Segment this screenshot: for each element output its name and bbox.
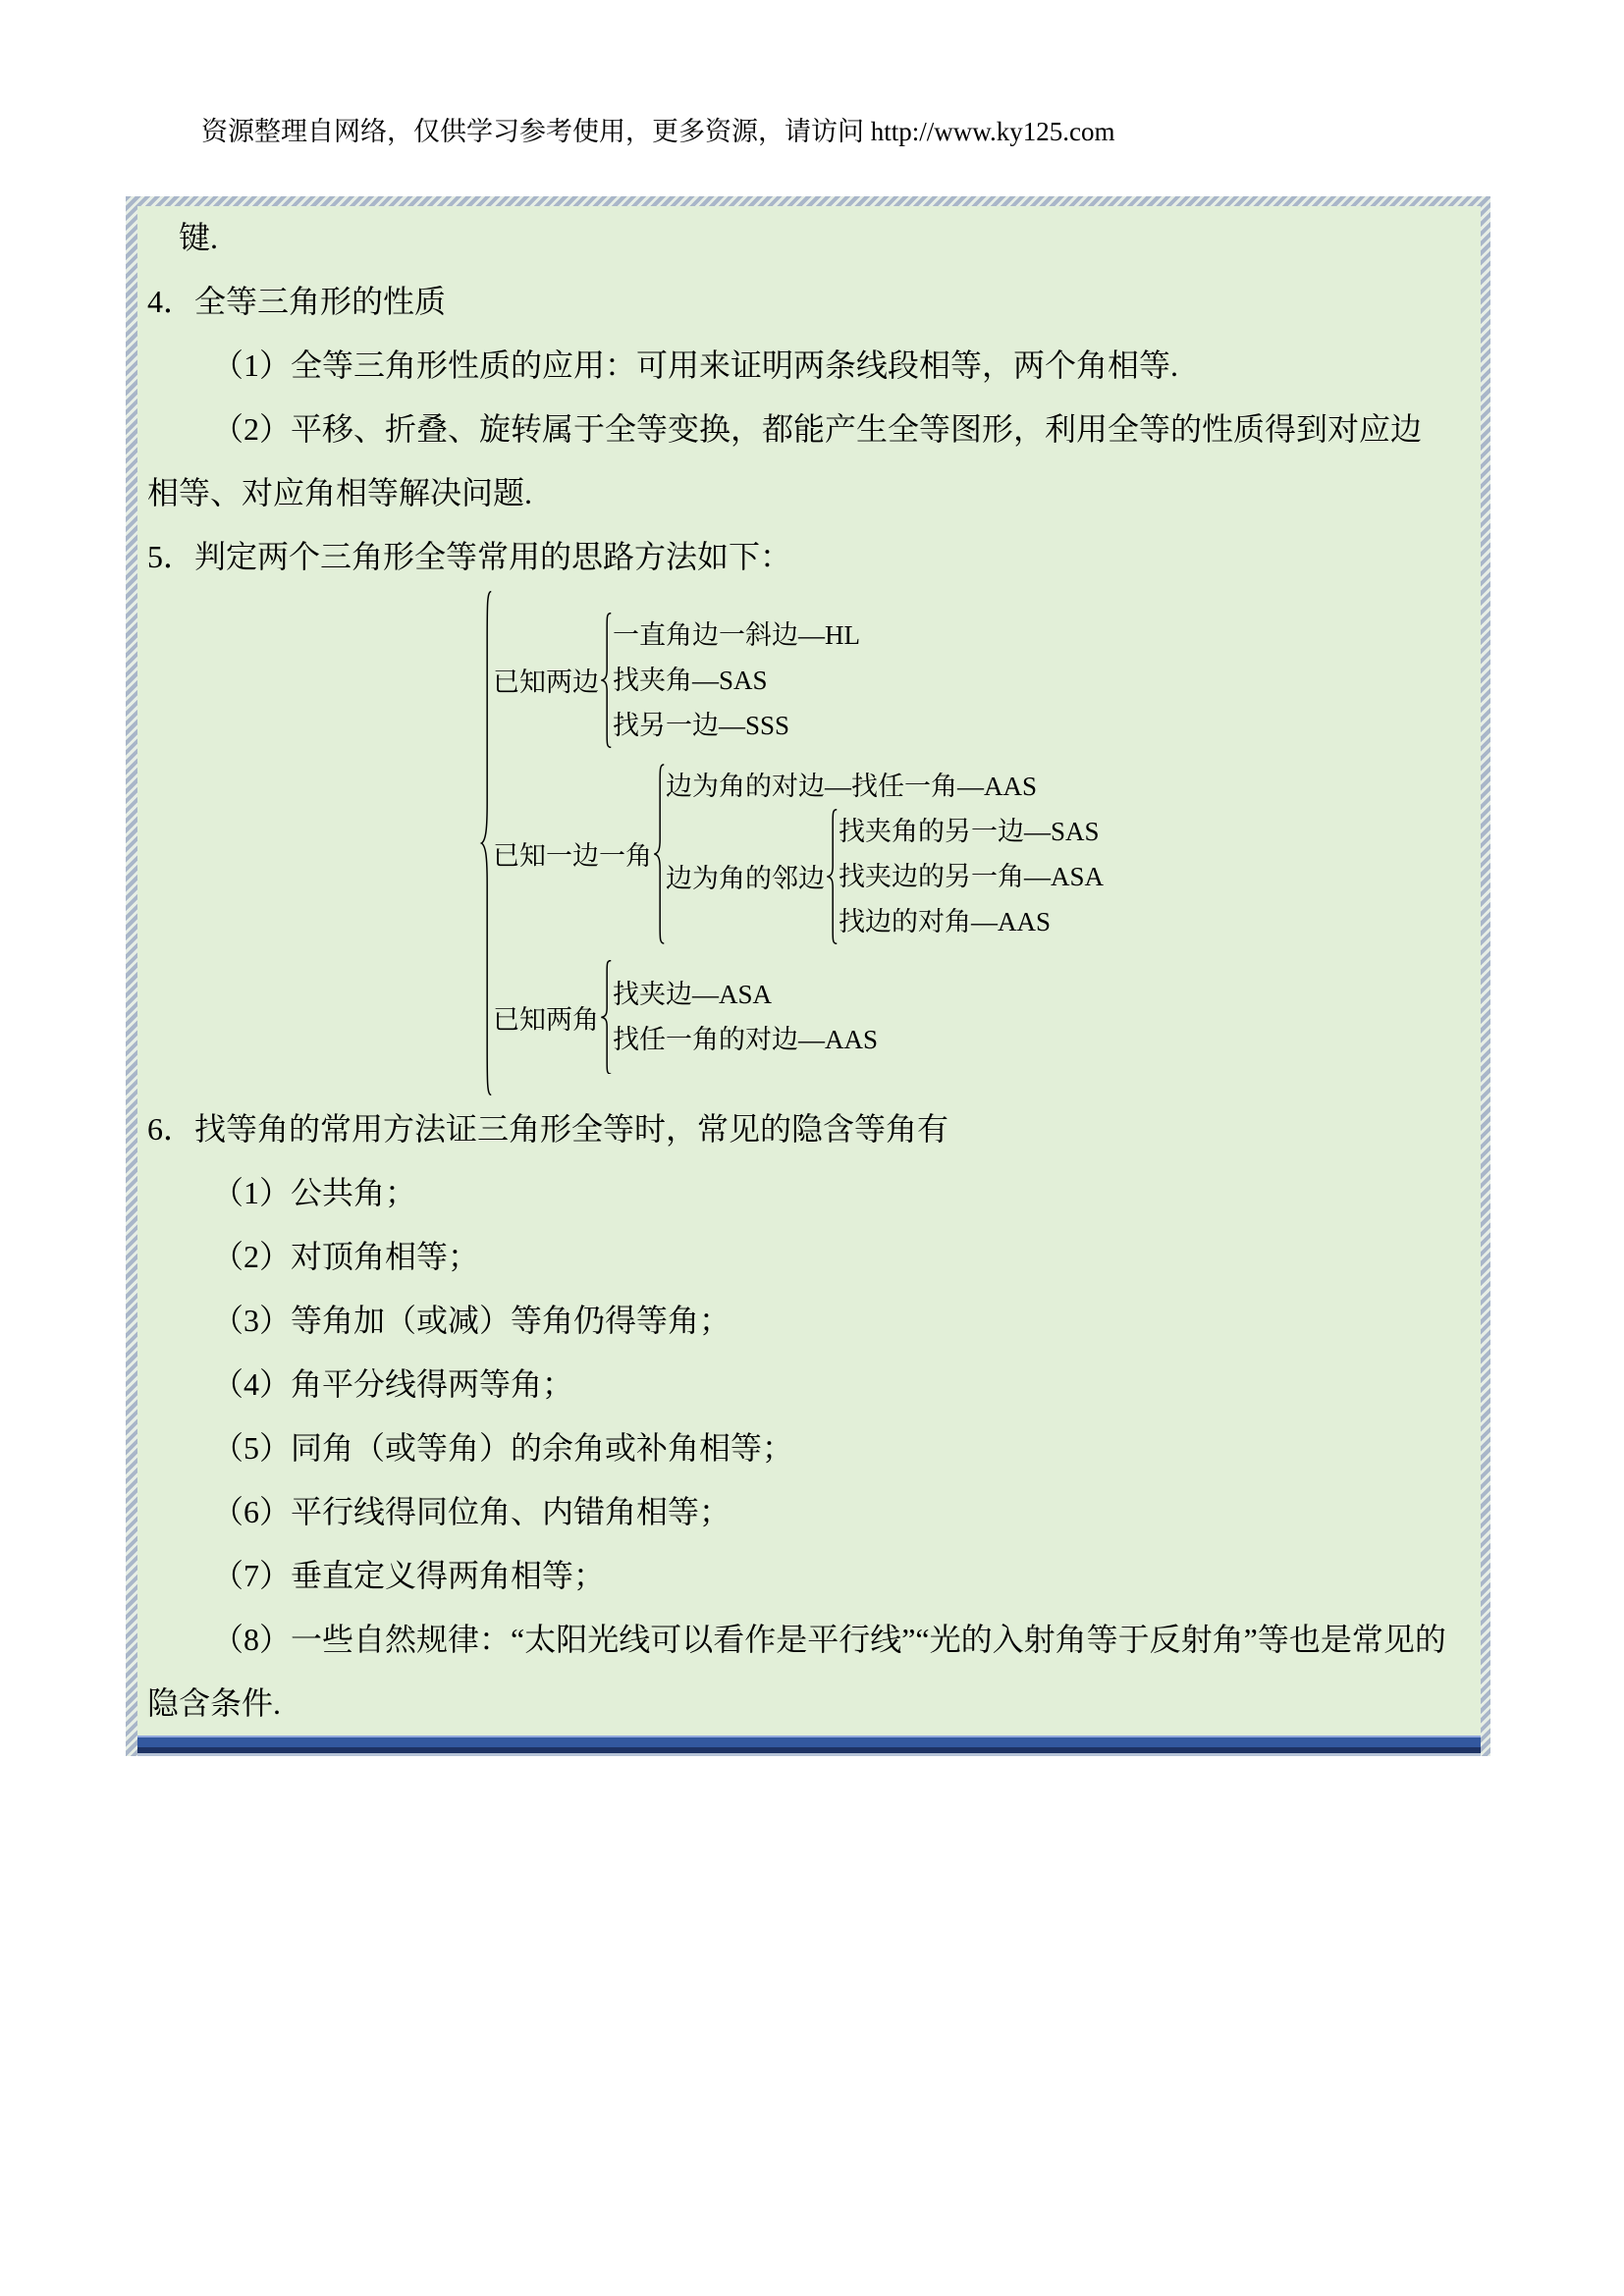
method-brace-diagram: 已知两边 一直角边一斜边—HL 找夹角—SAS 找另一边—SSS 已知一边一角	[479, 589, 1481, 1097]
section-6-title: 6．找等角的常用方法证三角形全等时，常见的隐含等角有	[137, 1097, 1481, 1161]
subgroup-label: 边为角的邻边	[666, 857, 825, 895]
diagram-item: 找夹角—SAS	[613, 658, 860, 703]
diagram-item: 找夹边的另一角—ASA	[839, 854, 1104, 899]
group-two-angles: 已知两角 找夹边—ASA 找任一角的对边—AAS	[493, 960, 1104, 1075]
group-label: 已知一边一角	[493, 834, 652, 873]
diagram-item: 找夹边—ASA	[613, 972, 878, 1017]
curly-brace	[599, 960, 613, 1075]
group-items: 找夹边—ASA 找任一角的对边—AAS	[613, 972, 878, 1062]
page-header-note: 资源整理自网络，仅供学习参考使用，更多资源，请访问 http://www.ky1…	[201, 110, 1114, 148]
notes-content: 键. 4．全等三角形的性质 （1）全等三角形性质的应用：可用来证明两条线段相等，…	[137, 206, 1481, 1735]
subgroup-items: 找夹角的另一边—SAS 找夹边的另一角—ASA 找边的对角—AAS	[839, 809, 1104, 944]
group-label: 已知两角	[493, 998, 599, 1037]
section-4-item-2-continuation: 相等、对应角相等解决问题.	[137, 461, 1481, 525]
section-6-item-1: （1）公共角；	[137, 1161, 1481, 1225]
notes-box: 键. 4．全等三角形的性质 （1）全等三角形性质的应用：可用来证明两条线段相等，…	[126, 196, 1490, 1756]
section-6-item-7: （7）垂直定义得两角相等；	[137, 1544, 1481, 1608]
diagram-groups: 已知两边 一直角边一斜边—HL 找夹角—SAS 找另一边—SSS 已知一边一角	[493, 613, 1104, 1075]
section-6-item-6: （6）平行线得同位角、内错角相等；	[137, 1480, 1481, 1544]
diagram-item: 找边的对角—AAS	[839, 899, 1104, 944]
section-6-item-8-continuation: 隐含条件.	[137, 1672, 1481, 1735]
section-6-item-4: （4）角平分线得两等角；	[137, 1353, 1481, 1416]
curly-brace	[599, 613, 613, 748]
diagram-item: 找任一角的对边—AAS	[613, 1017, 878, 1062]
group-label: 已知两边	[493, 661, 599, 699]
group-two-sides: 已知两边 一直角边一斜边—HL 找夹角—SAS 找另一边—SSS	[493, 613, 1104, 748]
section-6-item-8: （8）一些自然规律：“太阳光线可以看作是平行线”“光的入射角等于反射角”等也是常…	[137, 1608, 1481, 1672]
diagram-item: 一直角边一斜边—HL	[613, 613, 860, 658]
group-one-side-one-angle: 已知一边一角 边为角的对边—找任一角—AAS 边为角的邻边	[493, 764, 1104, 944]
section-4-item-1: （1）全等三角形性质的应用：可用来证明两条线段相等，两个角相等.	[137, 334, 1481, 398]
group-items: 一直角边一斜边—HL 找夹角—SAS 找另一边—SSS	[613, 613, 860, 748]
diagram-item: 边为角的对边—找任一角—AAS	[666, 764, 1104, 809]
group-items: 边为角的对边—找任一角—AAS 边为角的邻边 找夹角的另一边—SAS 找夹边的另…	[666, 764, 1104, 944]
curly-brace	[652, 764, 666, 944]
box-bottom-border	[137, 1735, 1481, 1756]
curly-brace-outer	[479, 589, 493, 1097]
section-4-item-2: （2）平移、折叠、旋转属于全等变换，都能产生全等图形，利用全等的性质得到对应边	[137, 398, 1481, 461]
line-continuation: 键.	[137, 206, 1481, 270]
subgroup-adjacent-side: 边为角的邻边 找夹角的另一边—SAS 找夹边的另一角—ASA 找边的对角—AAS	[666, 809, 1104, 944]
diagram-item: 找夹角的另一边—SAS	[839, 809, 1104, 854]
diagram-item: 找另一边—SSS	[613, 703, 860, 748]
curly-brace	[825, 809, 839, 944]
section-5-title: 5．判定两个三角形全等常用的思路方法如下：	[137, 525, 1481, 589]
section-4-title: 4．全等三角形的性质	[137, 270, 1481, 334]
section-6-item-3: （3）等角加（或减）等角仍得等角；	[137, 1289, 1481, 1353]
section-6-item-5: （5）同角（或等角）的余角或补角相等；	[137, 1416, 1481, 1480]
section-6-item-2: （2）对顶角相等；	[137, 1225, 1481, 1289]
